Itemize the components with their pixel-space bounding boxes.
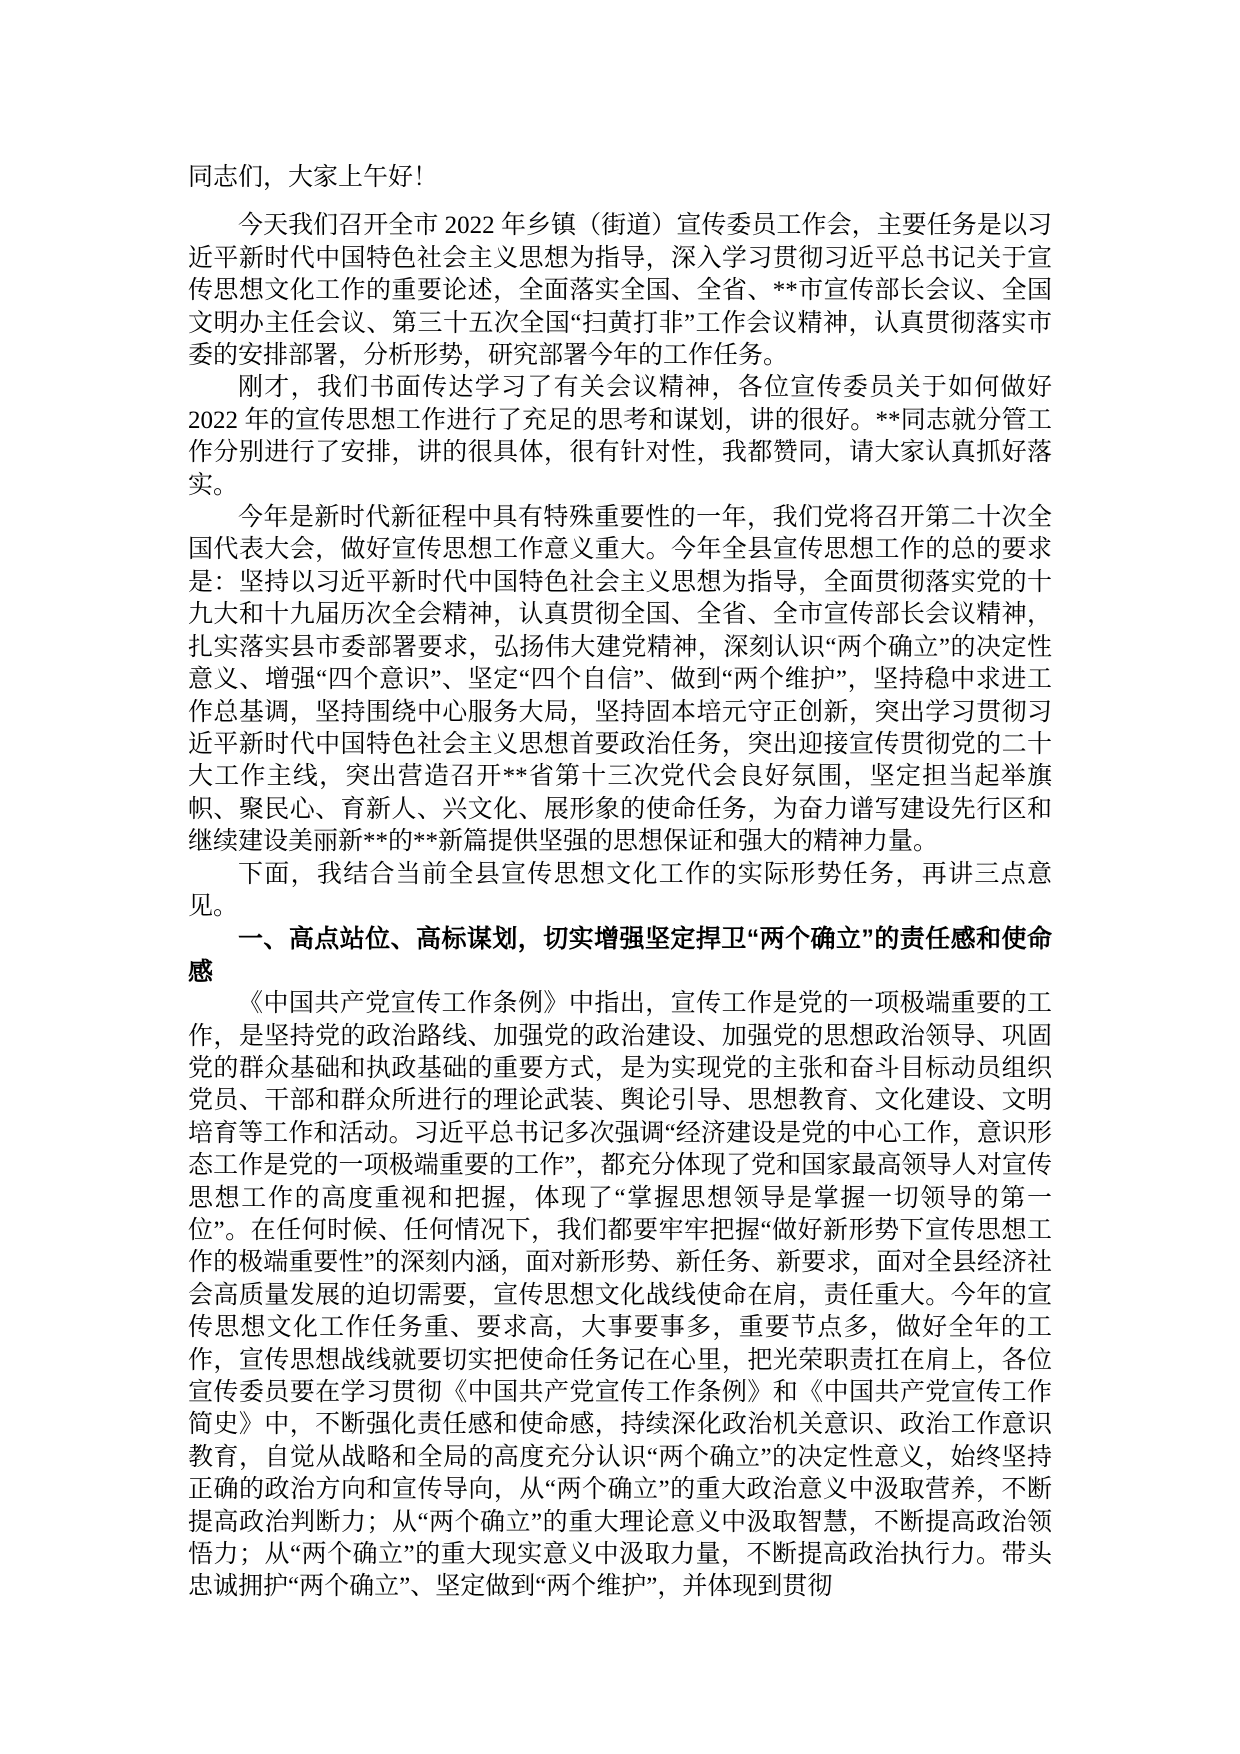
body-paragraph-transition: 下面，我结合当前全县宣传思想文化工作的实际形势任务，再讲三点意见。 (188, 859, 1052, 924)
body-paragraph-section-one-content: 《中国共产党宣传工作条例》中指出，宣传工作是党的一项极端重要的工作，是坚持党的政… (188, 988, 1052, 1604)
document-page: 同志们，大家上午好！ 今天我们召开全市 2022 年乡镇（街道）宣传委员工作会，… (0, 0, 1240, 1754)
body-paragraph-overall-requirements: 今年是新时代新征程中具有特殊重要性的一年，我们党将召开第二十次全国代表大会，做好… (188, 502, 1052, 858)
section-heading-one: 一、高点站位、高标谋划，切实增强坚定捍卫“两个确立”的责任感和使命感 (188, 923, 1052, 988)
greeting-paragraph: 同志们，大家上午好！ (188, 162, 1052, 194)
body-paragraph-meeting-purpose: 今天我们召开全市 2022 年乡镇（街道）宣传委员工作会，主要任务是以习近平新时… (188, 210, 1052, 372)
body-paragraph-review-remarks: 刚才，我们书面传达学习了有关会议精神，各位宣传委员关于如何做好 2022 年的宣… (188, 372, 1052, 502)
